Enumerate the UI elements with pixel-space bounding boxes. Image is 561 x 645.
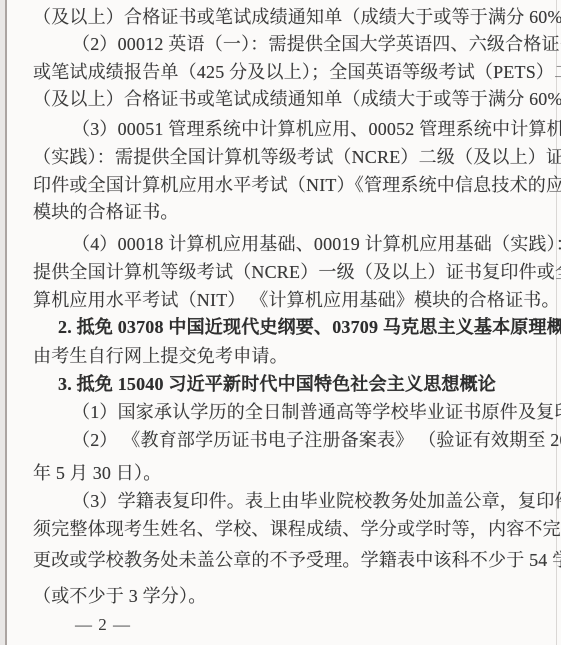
document-line: （1）国家承认学历的全日制普通高等学校毕业证书原件及复印件。 — [72, 402, 561, 423]
document-line: 由考生自行网上提交免考申请。 — [33, 346, 288, 367]
document-page: （及以上）合格证书或笔试成绩通知单（成绩大于或等于满分 60%）。（2）0001… — [0, 0, 561, 645]
document-line: 更改或学校教务处未盖公章的不予受理。学籍表中该科不少于 54 学时 — [33, 550, 561, 571]
document-line: （及以上）合格证书或笔试成绩通知单（成绩大于或等于满分 60%）。 — [33, 7, 561, 28]
document-line: 或笔试成绩报告单（425 分及以上）；全国英语等级考试（PETS）二级 — [33, 62, 561, 83]
document-line: （或不少于 3 学分）。 — [33, 586, 206, 607]
document-line: （4）00018 计算机应用基础、00019 计算机应用基础（实践）：需 — [72, 234, 561, 255]
document-line: （及以上）合格证书或笔试成绩通知单（成绩大于或等于满分 60%）。 — [33, 89, 561, 110]
document-line: 算机应用水平考试（NIT） 《计算机应用基础》模块的合格证书。 — [33, 290, 560, 311]
document-line: 须完整体现考生姓名、学校、课程成绩、学分或学时等，内容不完整、 — [33, 519, 561, 540]
document-line: 年 5 月 30 日）。 — [33, 463, 161, 484]
document-line: （2）00012 英语（一）：需提供全国大学英语四、六级合格证书 — [72, 34, 561, 55]
scan-left-edge-line — [5, 0, 7, 645]
document-line: （3）00051 管理系统中计算机应用、00052 管理系统中计算机应用 — [72, 119, 561, 140]
document-line: 印件或全国计算机应用水平考试（NIT）《管理系统中信息技术的应用》 — [33, 175, 561, 196]
document-line: （3）学籍表复印件。表上由毕业院校教务处加盖公章，复印件必 — [72, 491, 561, 512]
document-line: 3. 抵免 15040 习近平新时代中国特色社会主义思想概论 — [58, 374, 496, 395]
document-line: （实践）：需提供全国计算机等级考试（NCRE）二级（及以上）证书复 — [33, 147, 561, 168]
document-line: 2. 抵免 03708 中国近现代史纲要、03709 马克思主义基本原理概论 — [58, 317, 561, 338]
document-line: 模块的合格证书。 — [33, 202, 179, 223]
document-line: （2） 《教育部学历证书电子注册备案表》 （验证有效期至 2025 — [72, 430, 561, 451]
document-line: 提供全国计算机等级考试（NCRE）一级（及以上）证书复印件或全国计 — [33, 262, 561, 283]
page-number: — 2 — — [75, 615, 131, 635]
